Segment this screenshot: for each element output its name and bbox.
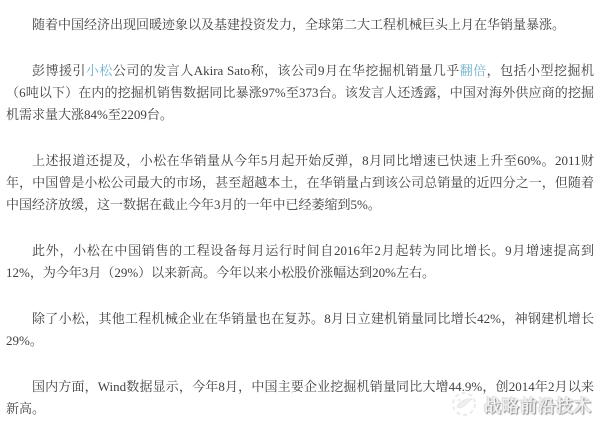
- paragraph-text: 随着中国经济出现回暖迹象以及基建投资发力，全球第二大工程机械巨头上月在华销量暴涨…: [32, 17, 565, 32]
- paragraph-5: 除了小松，其他工程机械企业在华销量也在复苏。8月日立建机销量同比增长42%，神钢…: [6, 308, 594, 352]
- paragraph-3: 上述报道还提及，小松在华销量从今年5月起开始反弹，8月同比增速已快速上升至60%…: [6, 150, 594, 216]
- paragraph-text: 彭博援引: [32, 63, 86, 78]
- paragraph-4: 此外，小松在中国销售的工程设备每月运行时间自2016年2月起转为同比增长。9月增…: [6, 240, 594, 284]
- paragraph-text: 公司的发言人Akira Sato称，该公司9月在华挖掘机销量几乎: [113, 63, 460, 78]
- paragraph-text: 上述报道还提及，小松在华销量从今年5月起开始反弹，8月同比增速已快速上升至60%…: [6, 153, 594, 212]
- link-doubled[interactable]: 翻倍: [460, 63, 487, 78]
- paragraph-1: 随着中国经济出现回暖迹象以及基建投资发力，全球第二大工程机械巨头上月在华销量暴涨…: [6, 14, 594, 36]
- article-body: 随着中国经济出现回暖迹象以及基建投资发力，全球第二大工程机械巨头上月在华销量暴涨…: [0, 0, 600, 420]
- link-komatsu[interactable]: 小松: [86, 63, 113, 78]
- paragraph-2: 彭博援引小松公司的发言人Akira Sato称，该公司9月在华挖掘机销量几乎翻倍…: [6, 60, 594, 126]
- watermark-label: 战略前沿技术: [484, 392, 592, 417]
- watermark: 战略前沿技术: [449, 389, 592, 419]
- paragraph-text: 除了小松，其他工程机械企业在华销量也在复苏。8月日立建机销量同比增长42%，神钢…: [6, 311, 594, 348]
- paragraph-text: 此外，小松在中国销售的工程设备每月运行时间自2016年2月起转为同比增长。9月增…: [6, 243, 594, 280]
- watermark-logo-icon: [449, 389, 479, 419]
